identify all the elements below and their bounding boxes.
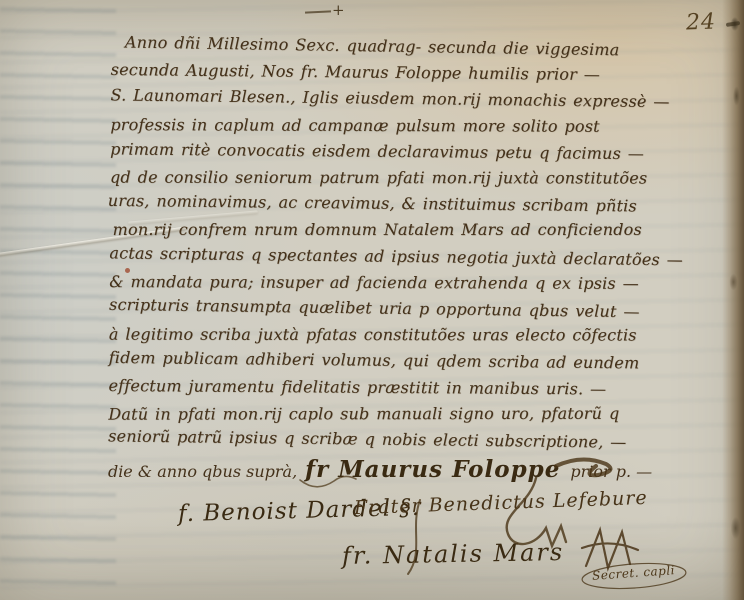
- manuscript-line: primam ritè convocatis eisdem declaravim…: [110, 136, 728, 168]
- folio-number: 24: [686, 9, 717, 35]
- closing-text-pre: die & anno qbus suprà,: [108, 462, 297, 481]
- manuscript-text-block: Anno dñi Millesimo Sexc. quadrag- secund…: [108, 32, 729, 486]
- manuscript-line: qd de consilio seniorum patrum pfati mon…: [110, 165, 728, 192]
- closing-text-post: prior p. —: [570, 462, 652, 481]
- manuscript-page: + 24 Anno dñi Millesimo Sexc. quadrag- s…: [0, 0, 744, 600]
- manuscript-line: uras, nominavimus, ac creavimus, & insti…: [108, 188, 726, 221]
- signature-mars: fr. Natalis Mars: [342, 538, 565, 570]
- manuscript-line: seniorũ patrũ ipsius q scribæ q nobis el…: [108, 423, 726, 457]
- prior-inline-signature: fr Maurus Foloppe: [305, 456, 560, 483]
- left-margin-bleedthrough: [0, 0, 116, 600]
- closing-line: die & anno qbus suprà,fr Maurus Foloppep…: [108, 456, 726, 483]
- manuscript-line: effectum juramentu fidelitatis præstitit…: [108, 373, 726, 404]
- manuscript-line: professis in caplum ad campanæ pulsum mo…: [110, 112, 728, 140]
- top-cross-mark: +: [332, 1, 345, 19]
- manuscript-line: mon.rij confrem nrum domnum Natalem Mars…: [110, 218, 728, 244]
